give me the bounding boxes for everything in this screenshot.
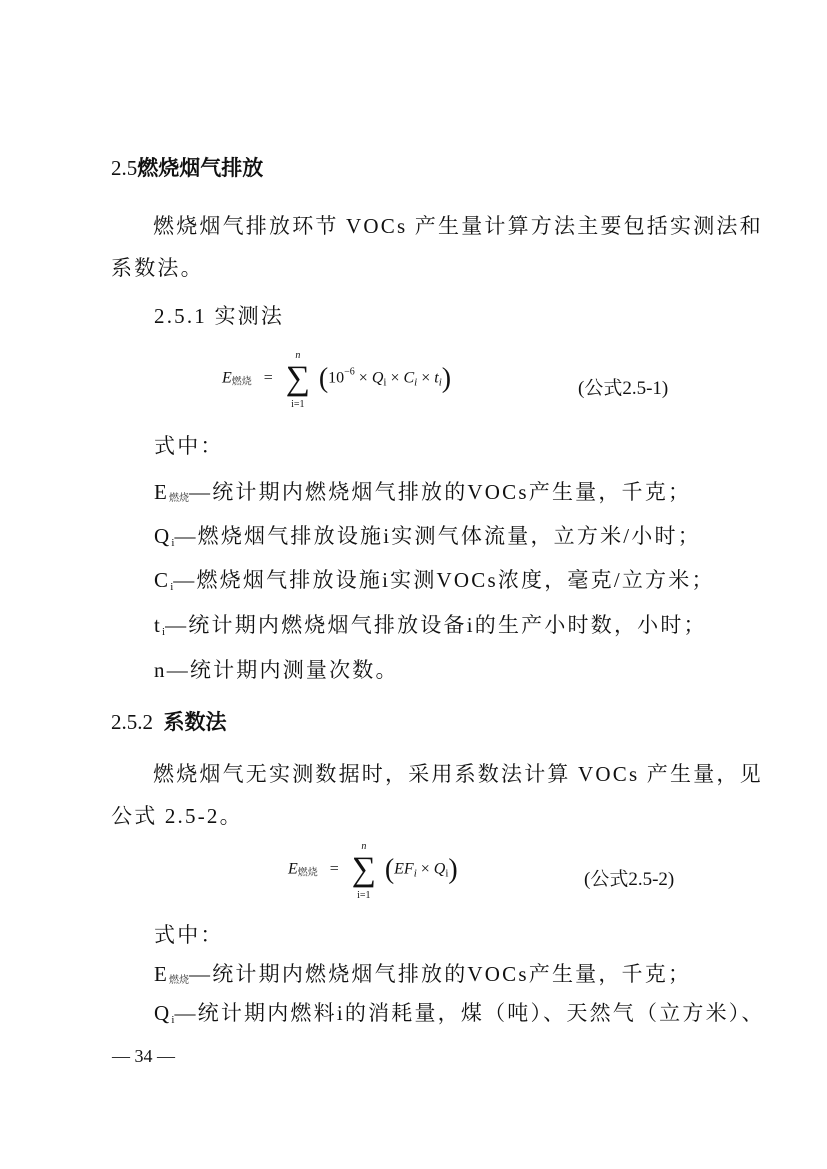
def-text: —统计期内燃烧烟气排放设备i的生产小时数，小时； [165, 613, 707, 637]
summation: n ∑ i=1 [347, 853, 381, 887]
formula-lhs-sub: 燃烧 [298, 868, 318, 879]
formula-equals: = [330, 861, 339, 878]
sum-upper: n [281, 350, 315, 361]
formula-q: Q [434, 861, 446, 878]
formula-lhs-sub: 燃烧 [232, 377, 252, 388]
def-text: —燃烧烟气排放设施i实测气体流量，立方米/小时； [174, 524, 700, 548]
definition-item: Qi—统计期内燃料i的消耗量，煤（吨）、天然气（立方米）、 [154, 1003, 765, 1026]
subsection1-number: 2.5.1 [154, 304, 207, 328]
formula-q: Q [372, 370, 384, 387]
sum-lower: i=1 [281, 399, 315, 410]
where-label-1: 式中： [154, 436, 224, 457]
times-sign: × [390, 370, 399, 387]
intro-paragraph-line1: 燃烧烟气排放环节 VOCs 产生量计算方法主要包括实测法和 [153, 216, 763, 237]
sigma-icon: ∑ [281, 362, 315, 396]
def-text: —燃烧烟气排放设施i实测VOCs浓度，毫克/立方米； [173, 568, 714, 592]
def-symbol: t [154, 613, 162, 637]
open-paren: ( [385, 854, 394, 885]
section-heading: 2.5燃烧烟气排放 [111, 152, 263, 182]
section-number: 2.5 [111, 156, 137, 180]
formula-label-2-5-1: (公式2.5-1) [578, 373, 668, 400]
section-title: 燃烧烟气排放 [137, 156, 263, 180]
def-symbol-sub: 燃烧 [169, 493, 189, 504]
formula-c: C [403, 370, 414, 387]
def-symbol-sub: 燃烧 [169, 975, 189, 986]
def-symbol: Q [154, 524, 171, 548]
def-text: —统计期内燃烧烟气排放的VOCs产生量，千克； [189, 480, 691, 504]
definition-item: Qi—燃烧烟气排放设施i实测气体流量，立方米/小时； [154, 526, 701, 549]
def-text: —统计期内燃料i的消耗量，煤（吨）、天然气（立方米）、 [174, 1001, 764, 1025]
def-symbol: E [154, 962, 169, 986]
formula-c-sub: i [414, 377, 417, 389]
subsection2-heading: 2.5.2 系数法 [111, 712, 227, 733]
definition-item: n—统计期内测量次数。 [154, 660, 399, 681]
def-text: —统计期内燃烧烟气排放的VOCs产生量，千克； [189, 962, 691, 986]
open-paren: ( [319, 363, 328, 394]
close-paren: ) [448, 854, 457, 885]
formula-ef: EF [394, 861, 414, 878]
def-symbol: Q [154, 1001, 171, 1025]
summation: n ∑ i=1 [281, 362, 315, 396]
formula-label-2-5-2: (公式2.5-2) [584, 864, 674, 891]
sum-lower: i=1 [347, 890, 381, 901]
times-sign: × [421, 370, 430, 387]
close-paren: ) [442, 363, 451, 394]
sum-upper: n [347, 841, 381, 852]
formula-base: 10 [328, 370, 344, 387]
times-sign: × [359, 370, 368, 387]
definition-item: E燃烧—统计期内燃烧烟气排放的VOCs产生量，千克； [154, 964, 691, 986]
formula-lhs: E [288, 861, 298, 878]
formula-2-5-1: E燃烧 = n ∑ i=1 (10−6 × Qi × Ci × ti) [222, 362, 451, 396]
intro-paragraph-line2: 系数法。 [111, 258, 204, 279]
def-symbol: E [154, 480, 169, 504]
def-symbol: C [154, 568, 170, 592]
formula-exponent: −6 [344, 367, 355, 378]
formula-ef-sub: i [414, 868, 417, 880]
page-number: — 34 — [112, 1046, 175, 1067]
where-label-2: 式中： [154, 925, 224, 946]
formula-q-sub: i [383, 377, 386, 389]
def-text: —统计期内测量次数。 [167, 658, 399, 682]
sigma-icon: ∑ [347, 853, 381, 887]
subsection1-heading: 2.5.1 实测法 [154, 306, 284, 327]
def-symbol: n [154, 658, 167, 682]
subsection2-title: 系数法 [164, 710, 227, 734]
times-sign: × [421, 861, 430, 878]
definition-item: ti—统计期内燃烧烟气排放设备i的生产小时数，小时； [154, 615, 707, 638]
formula-lhs: E [222, 370, 232, 387]
subsection2-number: 2.5.2 [111, 710, 153, 734]
subsection2-intro-line1: 燃烧烟气无实测数据时，采用系数法计算 VOCs 产生量，见 [153, 764, 763, 785]
definition-item: E燃烧—统计期内燃烧烟气排放的VOCs产生量，千克； [154, 482, 691, 504]
definition-item: Ci—燃烧烟气排放设施i实测VOCs浓度，毫克/立方米； [154, 570, 715, 593]
formula-equals: = [264, 370, 273, 387]
subsection1-title: 实测法 [214, 304, 284, 328]
formula-2-5-2: E燃烧 = n ∑ i=1 (EFi × Qi) [288, 853, 458, 887]
subsection2-intro-line2: 公式 2.5-2。 [111, 806, 243, 827]
